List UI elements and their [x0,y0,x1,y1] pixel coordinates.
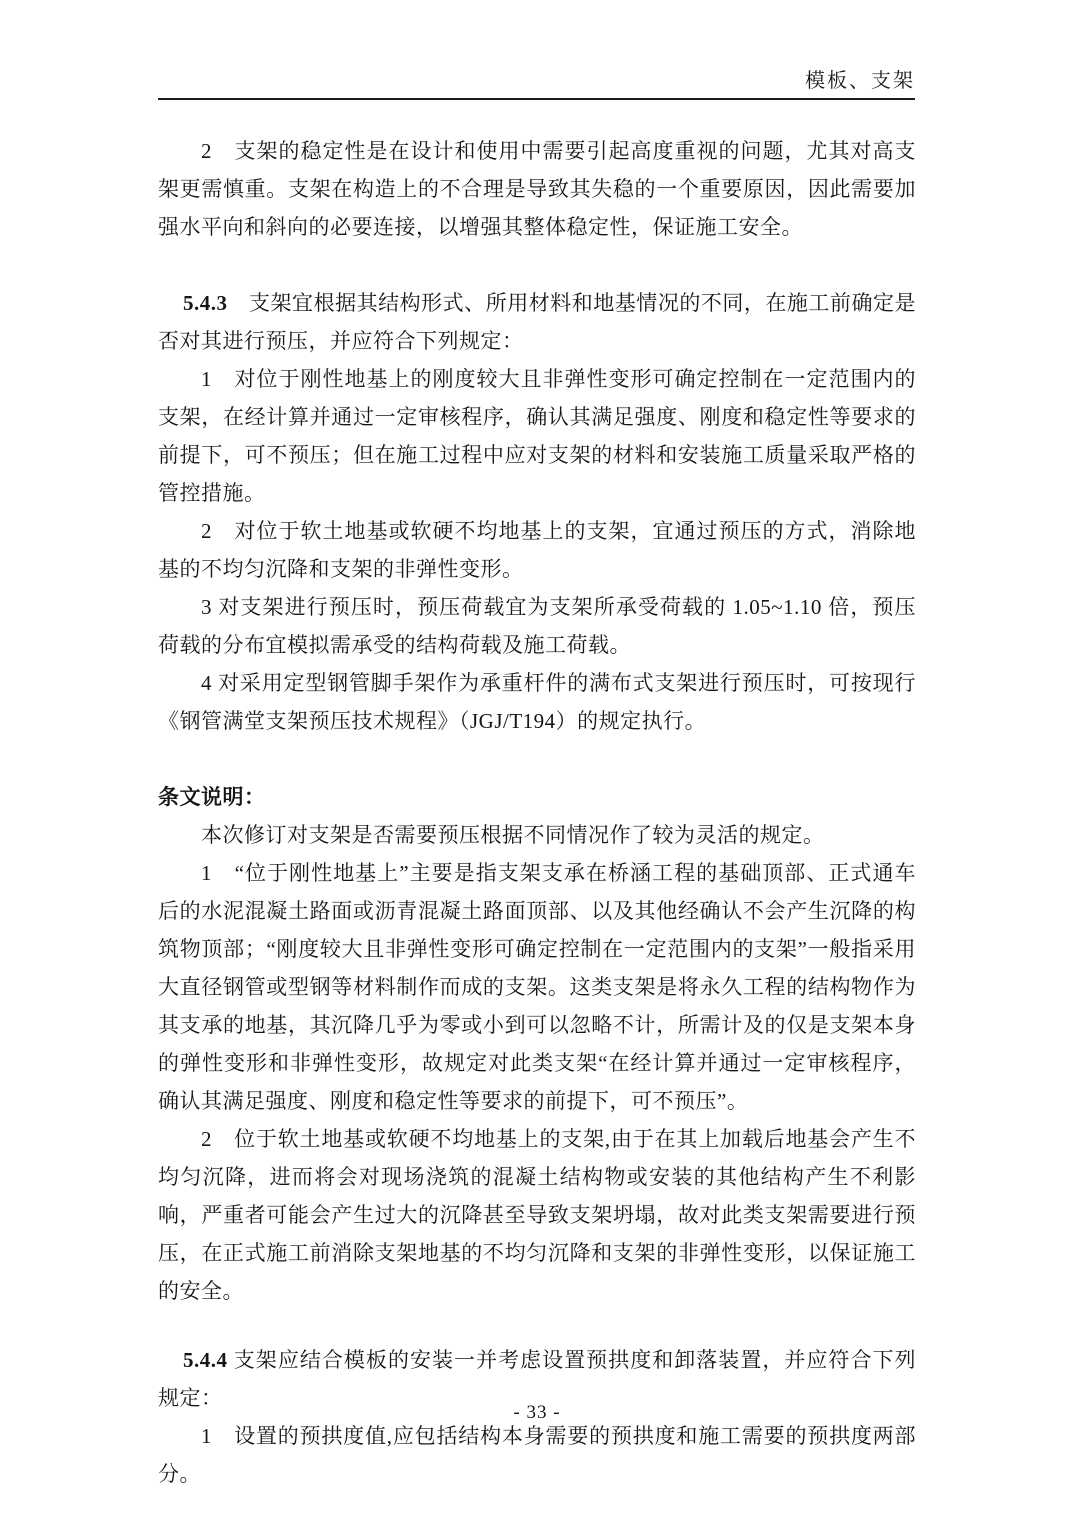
clause-5-4-3: 5.4.3 支架宜根据其结构形式、所用材料和地基情况的不同，在施工前确定是否对其… [158,284,916,360]
clause-5-4-3-number: 5.4.3 [183,291,228,315]
clause-5-4-4-number: 5.4.4 [183,1348,228,1372]
page-body: 2 支架的稳定性是在设计和使用中需要引起高度重视的问题，尤其对高支架更需慎重。支… [158,132,916,1493]
notes-section-title: 条文说明： [158,778,916,816]
page-header: 模板、支架 [158,68,915,100]
clause-5-4-3-item-3: 3 对支架进行预压时，预压荷载宜为支架所承受荷载的 1.05~1.10 倍，预压… [158,588,916,664]
clause-5-4-3-item-2: 2 对位于软土地基或软硬不均地基上的支架，宜通过预压的方式，消除地基的不均匀沉降… [158,512,916,588]
page-footer: - 33 - [0,1401,1074,1425]
clause-5-4-4-item-1: 1 设置的预拱度值,应包括结构本身需要的预拱度和施工需要的预拱度两部分。 [158,1417,916,1493]
running-head-title: 模板、支架 [805,70,915,92]
paragraph-stability-note: 2 支架的稳定性是在设计和使用中需要引起高度重视的问题，尤其对高支架更需慎重。支… [158,132,916,246]
document-page: 模板、支架 2 支架的稳定性是在设计和使用中需要引起高度重视的问题，尤其对高支架… [0,0,1074,1520]
clause-5-4-3-item-1: 1 对位于刚性地基上的刚度较大且非弹性变形可确定控制在一定范围内的支架，在经计算… [158,360,916,512]
notes-paragraph-2: 2 位于软土地基或软硬不均地基上的支架,由于在其上加载后地基会产生不均匀沉降，进… [158,1120,916,1310]
page-number: - 33 - [513,1402,560,1423]
notes-paragraph-1: 1 “位于刚性地基上”主要是指支架支承在桥涵工程的基础顶部、正式通车后的水泥混凝… [158,854,916,1120]
clause-5-4-3-item-4: 4 对采用定型钢管脚手架作为承重杆件的满布式支架进行预压时，可按现行《钢管满堂支… [158,664,916,740]
notes-paragraph-intro: 本次修订对支架是否需要预压根据不同情况作了较为灵活的规定。 [158,816,916,854]
clause-5-4-3-text: 支架宜根据其结构形式、所用材料和地基情况的不同，在施工前确定是否对其进行预压，并… [158,291,916,353]
